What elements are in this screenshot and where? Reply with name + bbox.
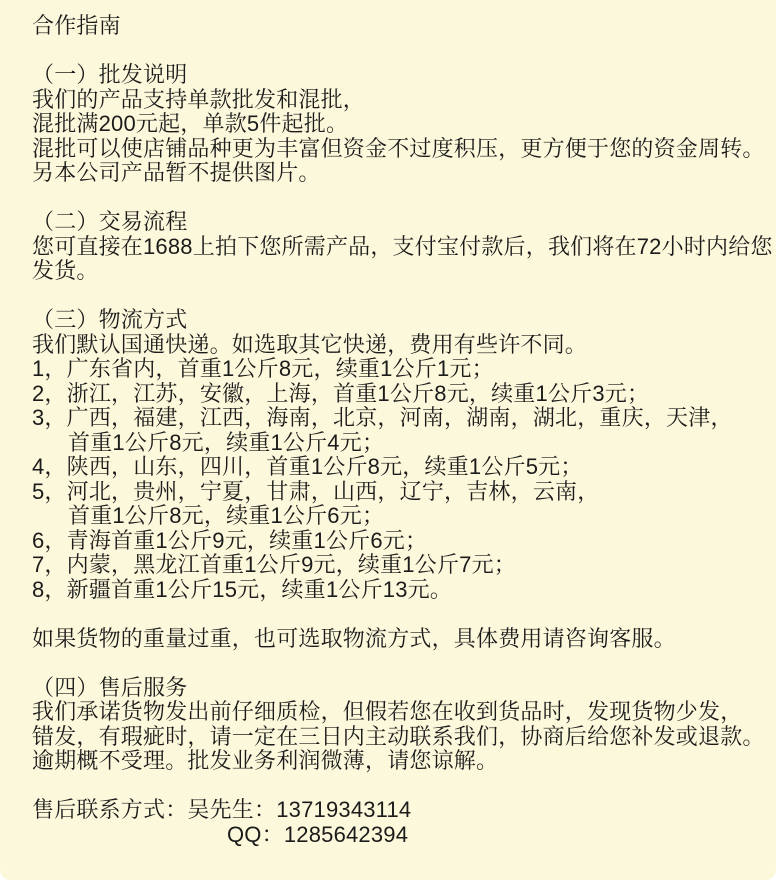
blank bbox=[32, 651, 758, 676]
cooperation-guide-document: 合作指南（一）批发说明我们的产品支持单款批发和混批，混批满200元起，单款5件起… bbox=[0, 0, 776, 880]
section-3-heading: （三）物流方式 bbox=[32, 308, 758, 333]
blank bbox=[32, 284, 758, 309]
paragraph-line: 我们承诺货物发出前仔细质检，但假若您在收到货品时，发现货物少发， bbox=[32, 700, 758, 725]
paragraph-line: 您可直接在1688上拍下您所需产品，支付宝付款后，我们将在72小时内给您 bbox=[32, 235, 758, 260]
document-body: 合作指南（一）批发说明我们的产品支持单款批发和混批，混批满200元起，单款5件起… bbox=[32, 14, 758, 847]
paragraph-line: 混批可以使店铺品种更为丰富但资金不过度积压，更方便于您的资金周转。 bbox=[32, 137, 758, 162]
contact-qq-line: QQ：1285642394 bbox=[32, 823, 758, 848]
list-item-continuation: 首重1公斤8元，续重1公斤4元； bbox=[32, 431, 758, 456]
list-item: 2，浙江，江苏，安徽，上海，首重1公斤8元，续重1公斤3元； bbox=[32, 382, 758, 407]
paragraph-line: 错发，有瑕疵时，请一定在三日内主动联系我们，协商后给您补发或退款。 bbox=[32, 725, 758, 750]
list-item: 7，内蒙，黑龙江首重1公斤9元，续重1公斤7元； bbox=[32, 553, 758, 578]
paragraph-line: 发货。 bbox=[32, 259, 758, 284]
document-title: 合作指南 bbox=[32, 14, 758, 39]
paragraph-line: 我们默认国通快递。如选取其它快递，费用有些许不同。 bbox=[32, 333, 758, 358]
list-item: 6，青海首重1公斤9元，续重1公斤6元； bbox=[32, 529, 758, 554]
blank bbox=[32, 186, 758, 211]
paragraph-line: 逾期概不受理。批发业务利润微薄，请您谅解。 bbox=[32, 749, 758, 774]
paragraph-line: 混批满200元起，单款5件起批。 bbox=[32, 112, 758, 137]
blank bbox=[32, 774, 758, 799]
contact-phone-line: 售后联系方式：吴先生：13719343114 bbox=[32, 798, 758, 823]
list-item: 5，河北，贵州，宁夏，甘肃，山西，辽宁，吉林，云南， bbox=[32, 480, 758, 505]
list-item: 1，广东省内，首重1公斤8元，续重1公斤1元； bbox=[32, 357, 758, 382]
section-4-heading: （四）售后服务 bbox=[32, 676, 758, 701]
paragraph-line: 我们的产品支持单款批发和混批， bbox=[32, 88, 758, 113]
list-item-continuation: 首重1公斤8元，续重1公斤6元； bbox=[32, 504, 758, 529]
list-item: 3，广西，福建，江西，海南，北京，河南，湖南，湖北，重庆，天津， bbox=[32, 406, 758, 431]
list-item: 8，新疆首重1公斤15元，续重1公斤13元。 bbox=[32, 578, 758, 603]
blank bbox=[32, 39, 758, 64]
section-2-heading: （二）交易流程 bbox=[32, 210, 758, 235]
section-1-heading: （一）批发说明 bbox=[32, 63, 758, 88]
paragraph-line: 另本公司产品暂不提供图片。 bbox=[32, 161, 758, 186]
note-line: 如果货物的重量过重，也可选取物流方式，具体费用请咨询客服。 bbox=[32, 627, 758, 652]
list-item: 4，陕西，山东，四川，首重1公斤8元，续重1公斤5元； bbox=[32, 455, 758, 480]
blank bbox=[32, 602, 758, 627]
